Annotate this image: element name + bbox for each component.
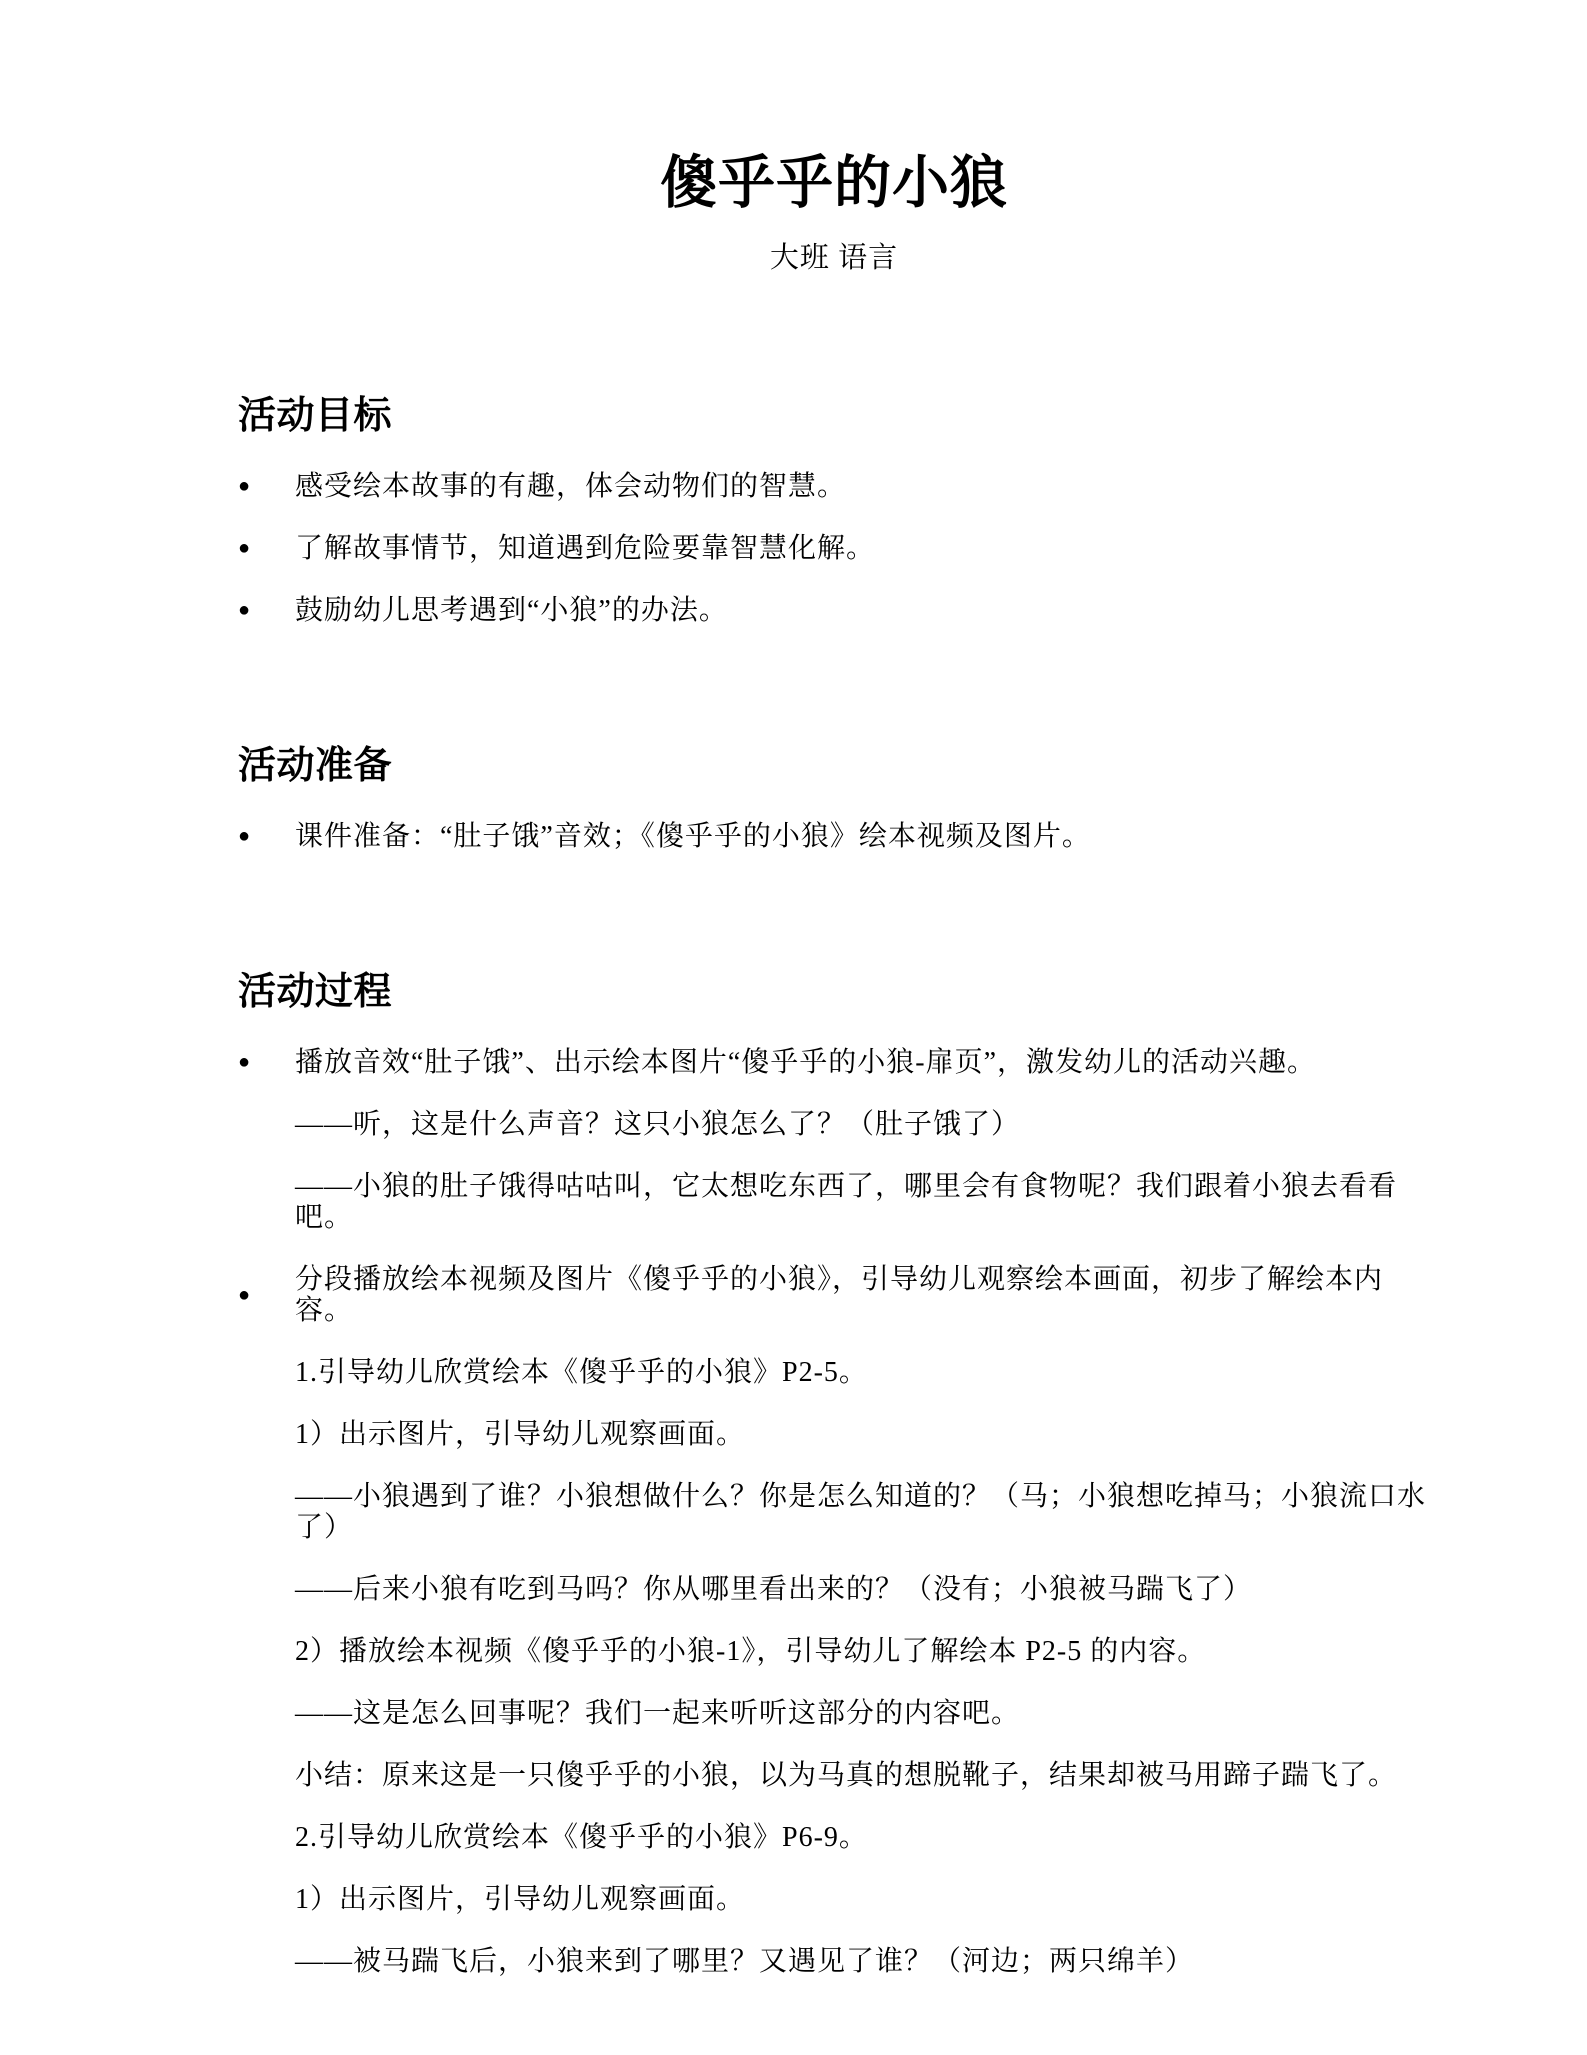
list-item: 1）出示图片，引导幼儿观察画面。 xyxy=(238,1419,1430,1450)
list-item: 1.引导幼儿欣赏绘本《傻乎乎的小狼》P2-5。 xyxy=(238,1357,1430,1388)
list-item-text: 分段播放绘本视频及图片《傻乎乎的小狼》，引导幼儿观察绘本画面，初步了解绘本内容。 xyxy=(295,1264,1430,1326)
document-title: 傻乎乎的小狼 xyxy=(238,150,1430,218)
list-item-text: 2.引导幼儿欣赏绘本《傻乎乎的小狼》P6-9。 xyxy=(295,1822,868,1853)
list-item-text: ——被马踹飞后，小狼来到了哪里？又遇见了谁？（河边；两只绵羊） xyxy=(295,1946,1194,1977)
document-subtitle: 大班 语言 xyxy=(238,240,1430,276)
document-body: 活动目标●感受绘本故事的有趣，体会动物们的智慧。●了解故事情节，知道遇到危险要靠… xyxy=(238,394,1430,1977)
list-item: ——听，这是什么声音？这只小狼怎么了？（肚子饿了） xyxy=(238,1109,1430,1140)
list-item-text: 播放音效“肚子饿”、出示绘本图片“傻乎乎的小狼-扉页”，激发幼儿的活动兴趣。 xyxy=(295,1047,1316,1078)
list-item: 小结：原来这是一只傻乎乎的小狼，以为马真的想脱靴子，结果却被马用蹄子踹飞了。 xyxy=(238,1760,1430,1791)
list-item-text: ——这是怎么回事呢？我们一起来听听这部分的内容吧。 xyxy=(295,1698,1020,1729)
list-item: ●鼓励幼儿思考遇到“小狼”的办法。 xyxy=(238,595,1430,626)
list-item-text: 1）出示图片，引导幼儿观察画面。 xyxy=(295,1419,745,1450)
section-heading: 活动过程 xyxy=(238,970,1430,1014)
list-item: ——这是怎么回事呢？我们一起来听听这部分的内容吧。 xyxy=(238,1698,1430,1729)
list-item-text: 小结：原来这是一只傻乎乎的小狼，以为马真的想脱靴子，结果却被马用蹄子踹飞了。 xyxy=(295,1760,1397,1791)
list-item-text: ——小狼的肚子饿得咕咕叫，它太想吃东西了，哪里会有食物呢？我们跟着小狼去看看吧。 xyxy=(295,1171,1397,1233)
list-item: ——后来小狼有吃到马吗？你从哪里看出来的？（没有；小狼被马踹飞了） xyxy=(238,1574,1430,1605)
list-item: 2）播放绘本视频《傻乎乎的小狼-1》，引导幼儿了解绘本 P2-5 的内容。 xyxy=(238,1636,1430,1667)
list-item-text: 1.引导幼儿欣赏绘本《傻乎乎的小狼》P2-5。 xyxy=(295,1357,868,1388)
bullet-icon: ● xyxy=(238,595,295,626)
bullet-icon: ● xyxy=(238,1280,295,1311)
list-item: ●播放音效“肚子饿”、出示绘本图片“傻乎乎的小狼-扉页”，激发幼儿的活动兴趣。 xyxy=(238,1047,1430,1078)
list-item-text: 了解故事情节，知道遇到危险要靠智慧化解。 xyxy=(295,533,875,564)
bullet-icon: ● xyxy=(238,533,295,564)
list-item: 2.引导幼儿欣赏绘本《傻乎乎的小狼》P6-9。 xyxy=(238,1822,1430,1853)
list-item: ——小狼遇到了谁？小狼想做什么？你是怎么知道的？（马；小狼想吃掉马；小狼流口水了… xyxy=(238,1481,1430,1543)
list-item: ●分段播放绘本视频及图片《傻乎乎的小狼》，引导幼儿观察绘本画面，初步了解绘本内容… xyxy=(238,1264,1430,1326)
list-item-text: 2）播放绘本视频《傻乎乎的小狼-1》，引导幼儿了解绘本 P2-5 的内容。 xyxy=(295,1636,1206,1667)
list-item: ——小狼的肚子饿得咕咕叫，它太想吃东西了，哪里会有食物呢？我们跟着小狼去看看吧。 xyxy=(238,1171,1430,1233)
bullet-icon: ● xyxy=(238,1047,295,1078)
list-item: ●课件准备：“肚子饿”音效；《傻乎乎的小狼》绘本视频及图片。 xyxy=(238,821,1430,852)
list-item-text: 课件准备：“肚子饿”音效；《傻乎乎的小狼》绘本视频及图片。 xyxy=(295,821,1091,852)
list-item-text: 感受绘本故事的有趣，体会动物们的智慧。 xyxy=(295,471,846,502)
list-item-text: ——听，这是什么声音？这只小狼怎么了？（肚子饿了） xyxy=(295,1109,1020,1140)
list-item: ●感受绘本故事的有趣，体会动物们的智慧。 xyxy=(238,471,1430,502)
section-heading: 活动准备 xyxy=(238,744,1430,788)
list-item: 1）出示图片，引导幼儿观察画面。 xyxy=(238,1884,1430,1915)
bullet-icon: ● xyxy=(238,471,295,502)
bullet-icon: ● xyxy=(238,821,295,852)
section-heading: 活动目标 xyxy=(238,394,1430,438)
list-item-text: ——后来小狼有吃到马吗？你从哪里看出来的？（没有；小狼被马踹飞了） xyxy=(295,1574,1252,1605)
document-page: 傻乎乎的小狼 大班 语言 活动目标●感受绘本故事的有趣，体会动物们的智慧。●了解… xyxy=(0,0,1587,2055)
list-item: ——被马踹飞后，小狼来到了哪里？又遇见了谁？（河边；两只绵羊） xyxy=(238,1946,1430,1977)
list-item-text: 鼓励幼儿思考遇到“小狼”的办法。 xyxy=(295,595,728,626)
list-item-text: ——小狼遇到了谁？小狼想做什么？你是怎么知道的？（马；小狼想吃掉马；小狼流口水了… xyxy=(295,1481,1426,1543)
list-item-text: 1）出示图片，引导幼儿观察画面。 xyxy=(295,1884,745,1915)
list-item: ●了解故事情节，知道遇到危险要靠智慧化解。 xyxy=(238,533,1430,564)
